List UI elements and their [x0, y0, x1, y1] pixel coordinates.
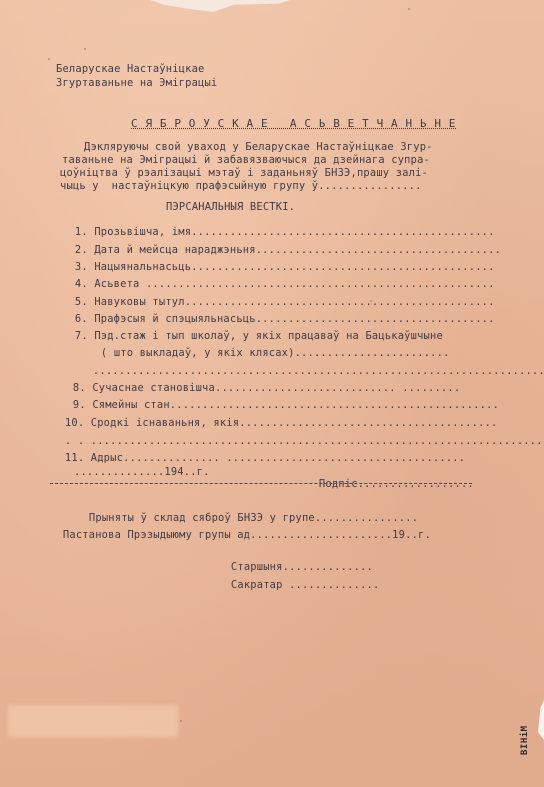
dashed-separator	[50, 483, 472, 484]
org-header-line1: Беларускае Настаўніцкае	[56, 63, 204, 75]
field-address[interactable]: 11. Адрыс............... ...............…	[52, 440, 465, 464]
presidium-date-dots[interactable]: ......................	[250, 529, 392, 541]
signature-line[interactable]: Подпіс..................	[306, 466, 474, 490]
secretary-signature[interactable]: Сакратар ..............	[218, 567, 379, 591]
paper-speck	[84, 48, 86, 50]
archive-stamp: BIHiM	[520, 725, 530, 755]
signature-dots[interactable]: ..................	[358, 478, 474, 490]
field-number: 11.	[65, 452, 84, 464]
paper-speck	[180, 720, 182, 722]
acceptance-line2[interactable]: Пастанова Прэзыдыюму групы ад...........…	[50, 517, 431, 541]
presidium-label: Пастанова Прэзыдыюму групы ад	[63, 529, 250, 541]
signature-label: Подпіс	[319, 478, 358, 490]
declaration-line3: цоўніцтва ў рэалізацыі мэтаў і заданьняў…	[60, 167, 428, 179]
org-header-line2: Згуртаваньне на Эміграцыі	[56, 77, 217, 89]
declaration-line2: таваньне на Эміграцыі й забавязваючыся д…	[62, 154, 430, 166]
paper-speck	[408, 8, 410, 10]
field-fill-dots[interactable]: ............... ........................…	[123, 452, 465, 464]
faded-patch	[8, 705, 178, 737]
secretary-dots[interactable]: ..............	[283, 579, 380, 591]
date-line[interactable]: ..............194..г.	[74, 466, 210, 478]
secretary-label: Сакратар	[231, 579, 283, 591]
section-title: ПЭРСАНАЛЬНЫЯ ВЕСТКІ.	[166, 201, 295, 213]
field-number: 7.	[75, 330, 88, 342]
declaration-line1: Дэкляруючы свой уваход у Беларускае Наст…	[84, 141, 433, 153]
field-label: Адрыс	[91, 452, 123, 464]
paper-speck	[48, 58, 50, 60]
presidium-year: 19..г.	[392, 529, 431, 541]
declaration-line4: чыць у настаўніцкую прафэсыйную групу ў.…	[60, 180, 422, 192]
document-title: С Я Б Р О У С К А Е А С Ь В Е Т Ч А Н Ь …	[131, 117, 456, 130]
